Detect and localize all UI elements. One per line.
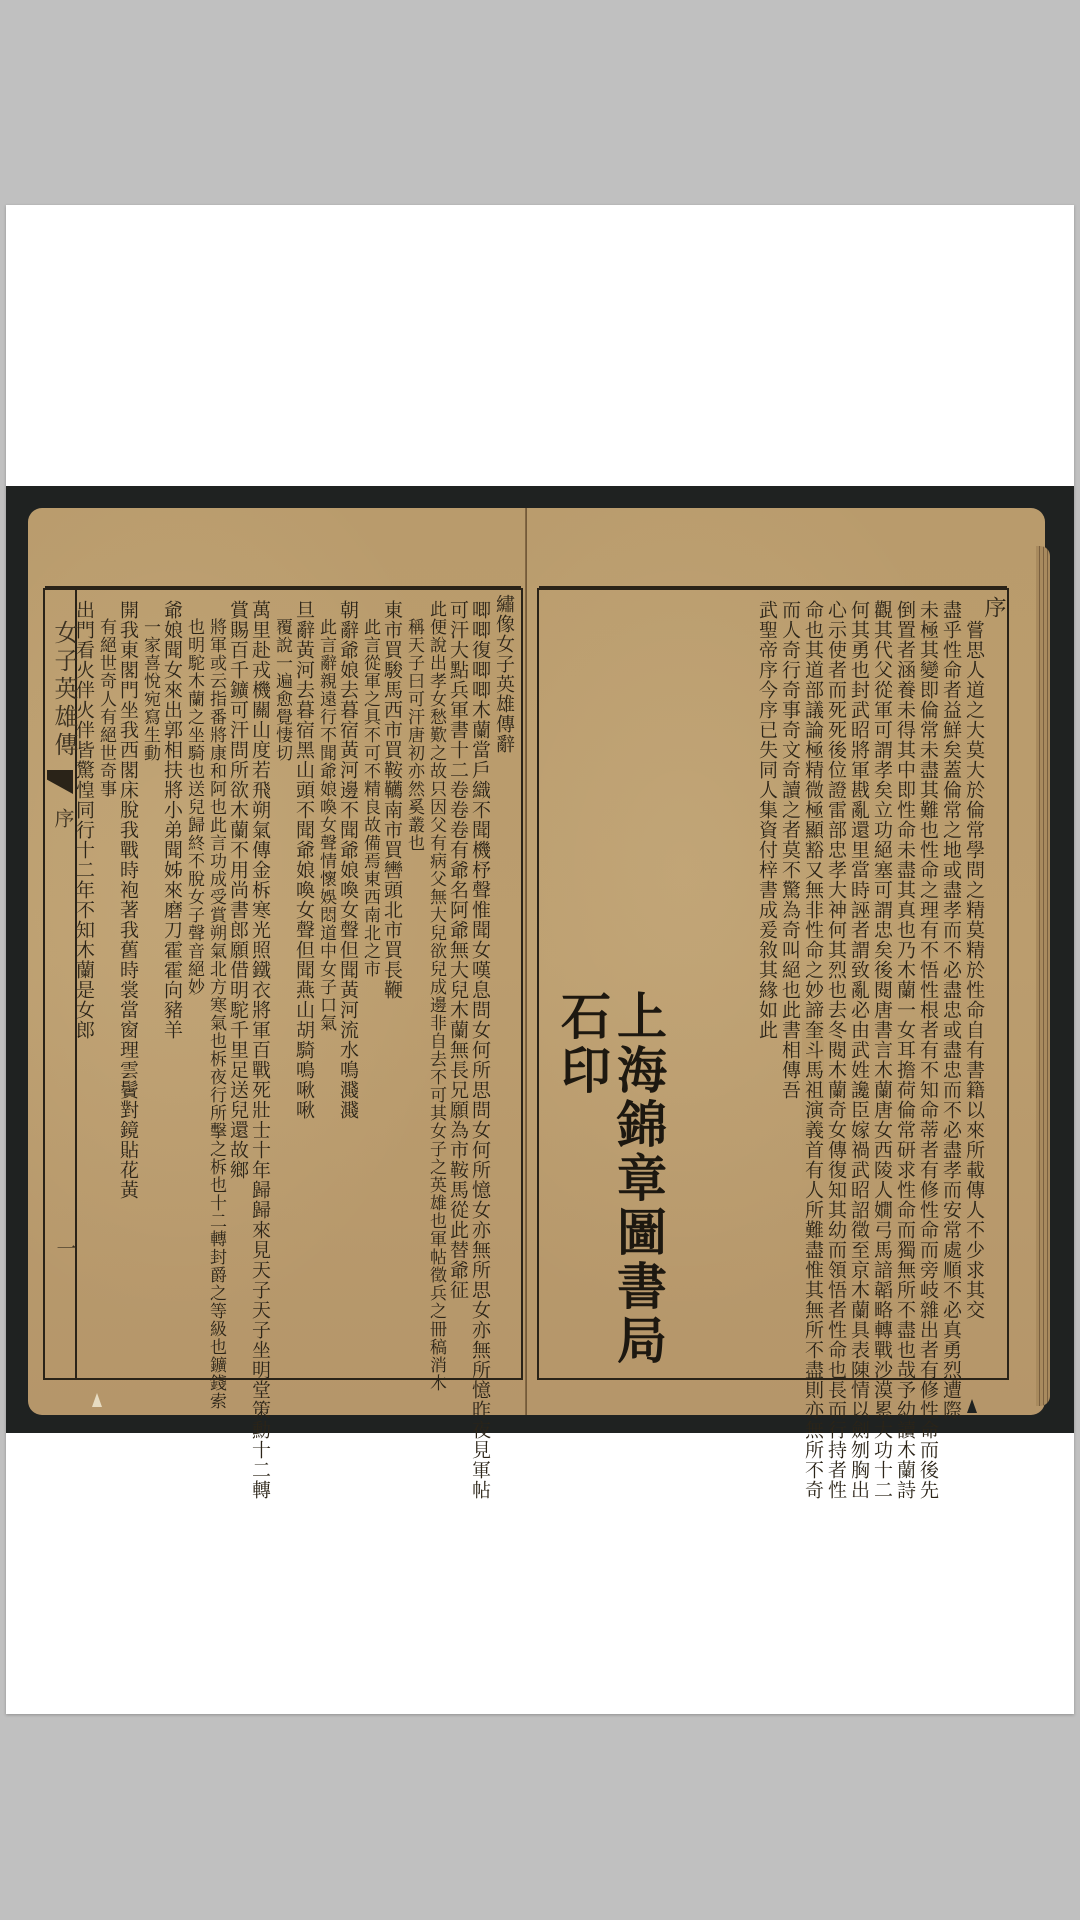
right-page: 序 嘗思人道之大莫大於倫常學問之精莫精於性命自有書籍以來所載傳人不少求其交 盡乎… bbox=[527, 508, 1045, 1415]
text-column: 爺娘聞女來出郭相扶將小弟聞姊來磨刀霍霍向豬羊 bbox=[161, 600, 183, 1040]
text-column: 何其勇也封武昭將軍戡亂還里當時誣者謂致亂必由武姓讒臣嫁禍武昭詔徵至京木蘭具表陳情… bbox=[848, 600, 870, 1370]
text-column: 也明駝木蘭之坐騎也送兒歸終不脫女子聲音絕妙 bbox=[183, 618, 205, 996]
text-column: 倒置者涵養未得其中即性命未盡其真也乃木蘭一女耳擔荷倫常研求性命而獨無所不盡也哉予… bbox=[894, 600, 916, 1370]
text-column: 出門看火伴火伴皆驚惶同行十二年不知木蘭是女郎 bbox=[73, 600, 95, 1040]
text-column: 此言從軍之具不可不精良故備焉東西南北之市 bbox=[359, 618, 381, 978]
text-column: 賞賜百千鑛可汗問所欲木蘭不用尚書郎願借明駝千里足送兒還故鄉 bbox=[227, 600, 249, 1180]
preface-title: 序 bbox=[978, 596, 1009, 618]
page-stack-edge bbox=[1036, 546, 1050, 1406]
text-column: 萬里赴戎機關山度若飛朔氣傳金柝寒光照鐵衣將軍百戰死壯士十年歸歸來見天子天子坐明堂… bbox=[249, 600, 271, 1370]
frame-rule bbox=[539, 586, 1007, 589]
text-column: 武聖帝序今序已失同人集資付梓書成爰敘其緣如此 bbox=[756, 600, 778, 1040]
text-column: 一家喜悅宛寫生動 bbox=[139, 618, 161, 762]
text-column: 稱天子曰可汗唐初亦然奚叢也 bbox=[403, 618, 425, 852]
paper-damage bbox=[92, 1393, 102, 1407]
left-page: 女子英雄傳 序 一 繡像女子英雄傳辭 唧唧復唧唧木蘭當戶織不聞機杼聲惟聞女嘆息問… bbox=[28, 508, 527, 1415]
text-column: 覆說一遍愈覺悽切 bbox=[271, 618, 293, 762]
signature-column: 奎斗馬祖演義首有 bbox=[802, 1020, 824, 1180]
paper-tear bbox=[967, 1399, 977, 1413]
text-column: 東市買駿馬西市買鞍韉南市買轡頭北市買長鞭 bbox=[381, 600, 403, 1000]
left-page-frame: 女子英雄傳 序 一 繡像女子英雄傳辭 唧唧復唧唧木蘭當戶織不聞機杼聲惟聞女嘆息問… bbox=[43, 588, 523, 1380]
text-column: 命也其道部議論極精微極顯豁又無非性命之妙諦也盡人所當盡亦盡人所難盡惟其無所不盡則… bbox=[802, 600, 824, 1370]
text-column: 此便說出孝女愁歎之故只因父有病父無大兒欲兒成邊非自去不可其女子之英雄也軍帖徵兵之… bbox=[425, 600, 447, 1370]
right-page-frame: 序 嘗思人道之大莫大於倫常學問之精莫精於性命自有書籍以來所載傳人不少求其交 盡乎… bbox=[537, 588, 1009, 1380]
text-column: 而人奇行奇事奇文奇讀之者莫不驚為奇叫絕也此書相傳吾 bbox=[779, 600, 801, 1100]
text-column: 有絕世奇人有絕世奇事 bbox=[95, 618, 117, 798]
text-column: 未極其變即倫常未盡其難也性命之理有不悟性根者有不知命蒂者有修性命而旁岐雜出者有修… bbox=[917, 600, 939, 1370]
text-column: 旦辭黃河去暮宿黑山頭不聞爺娘喚女聲但聞燕山胡騎鳴啾啾 bbox=[293, 600, 315, 1120]
text-column: 朝辭爺娘去暮宿黃河邊不聞爺娘喚女聲但聞黃河流水鳴濺濺 bbox=[337, 600, 359, 1120]
text-column: 盡乎性命者益鮮矣蓋倫常之地或盡孝而不必盡忠或盡忠而不必盡孝而安常處順不必真勇烈遭… bbox=[940, 600, 962, 1370]
text-column: 嘗思人道之大莫大於倫常學問之精莫精於性命自有書籍以來所載傳人不少求其交 bbox=[963, 620, 985, 1370]
text-column: 心示使者而死死後位證雷部忠孝大神何其烈也去冬閱木蘭奇女傳復知其幼而領悟者性命也長… bbox=[825, 600, 847, 1370]
publisher-imprint: 上海錦章圖書局石印 bbox=[554, 990, 666, 1378]
fishtail-mark-icon bbox=[47, 770, 73, 794]
frame-rule bbox=[45, 586, 521, 589]
text-column: 唧唧復唧唧木蘭當戶織不聞機杼聲惟聞女嘆息問女何所思問女何所憶女亦無所思女亦無所憶… bbox=[469, 600, 491, 1370]
left-page-heading: 繡像女子英雄傳辭 bbox=[493, 594, 515, 754]
text-column: 開我東閣門坐我西閣床脫我戰時袍著我舊時裳當窗理雲鬢對鏡貼花黃 bbox=[117, 600, 139, 1200]
text-column: 可汗大點兵軍書十二卷卷卷有爺名阿爺無大兒木蘭無長兄願為市鞍馬從此替爺征 bbox=[447, 600, 469, 1370]
margin-page-number: 一 bbox=[51, 1238, 80, 1258]
text-column: 將軍或云指番將康和阿也此言功成受賞朔氣北方寒氣也柝夜行所擊之柝也十二轉封爵之等級… bbox=[205, 618, 227, 1378]
book-scan-image: 女子英雄傳 序 一 繡像女子英雄傳辭 唧唧復唧唧木蘭當戶織不聞機杼聲惟聞女嘆息問… bbox=[6, 486, 1074, 1433]
text-column: 此言辭親遠行不聞爺娘喚女聲情懷娛悶道中女子口氣 bbox=[315, 618, 337, 1032]
text-column: 觀其代父從軍可謂孝矣立功絕塞可謂忠矣後閱唐書言木蘭唐女西陵人嫺弓馬諳韜略轉戰沙漠… bbox=[871, 600, 893, 1370]
